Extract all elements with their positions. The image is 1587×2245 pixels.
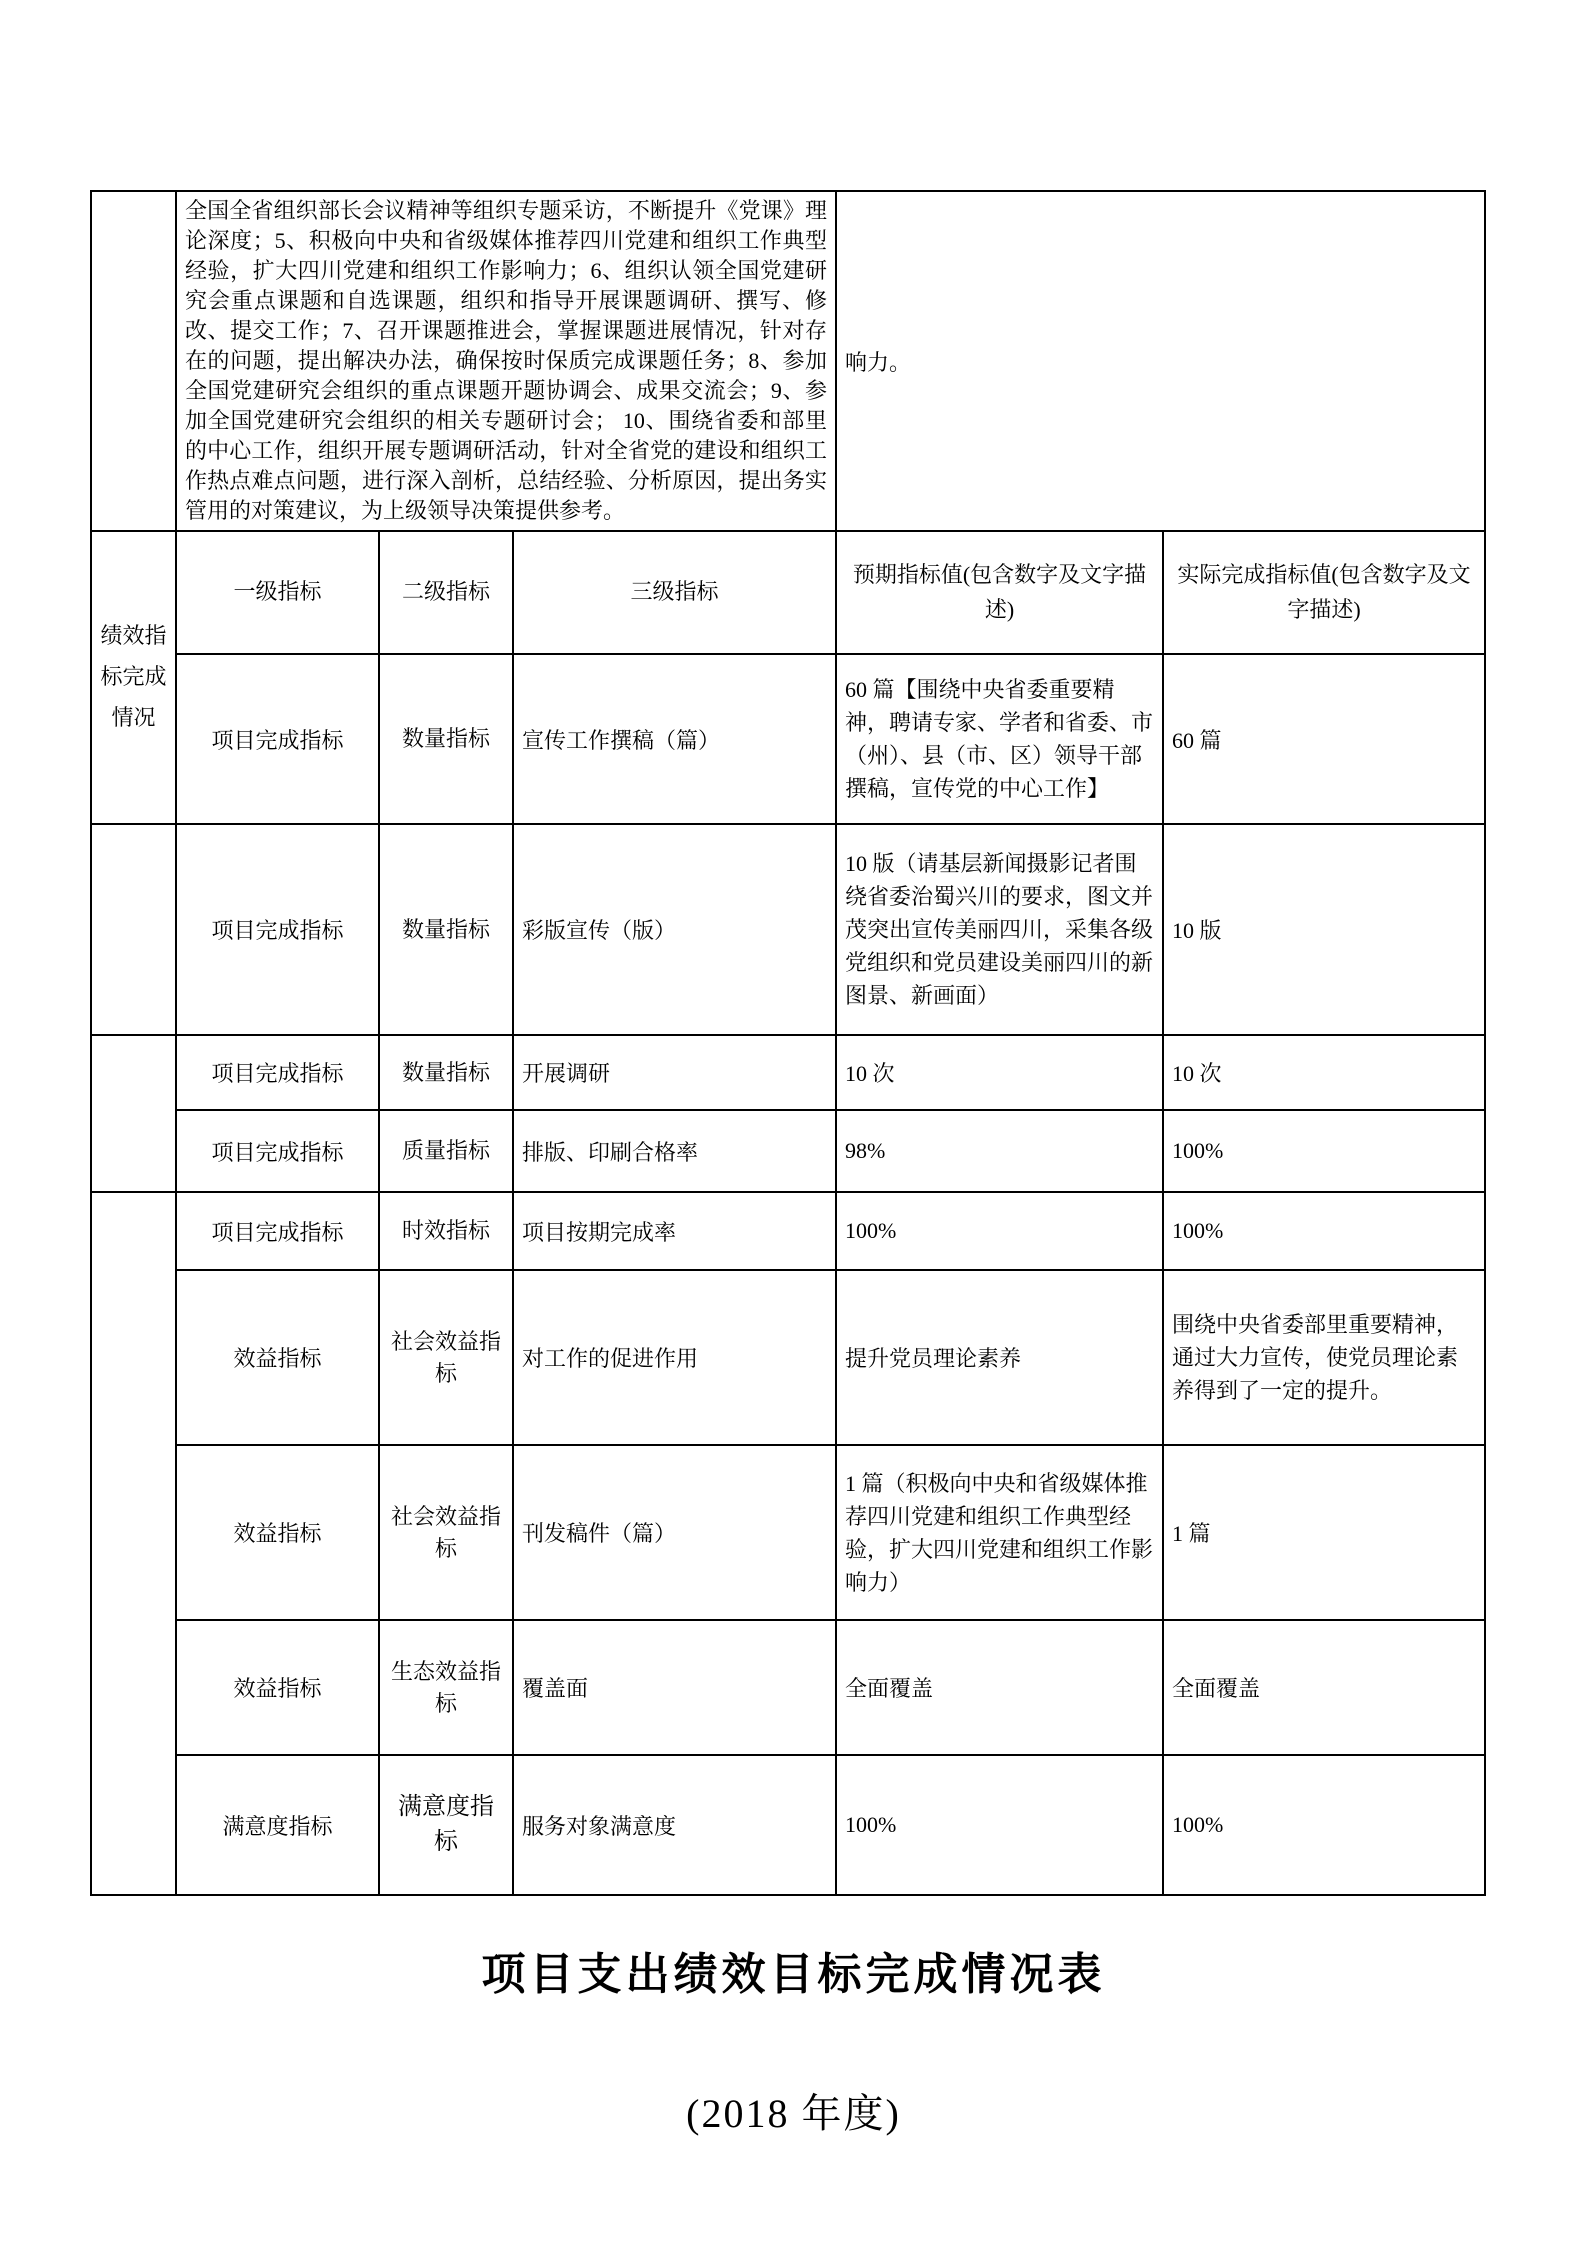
row4-level2-cell: 质量指标	[379, 1110, 513, 1192]
section-label-cell: 绩效指标完成情况	[91, 531, 176, 824]
carryover-right-cell: 响力。	[836, 191, 1485, 531]
row3-level1-cell: 项目完成指标	[176, 1035, 379, 1110]
row5-expected-cell: 100%	[836, 1192, 1163, 1270]
header-level3-cell: 三级指标	[513, 531, 836, 654]
row1-expected-cell: 60 篇【围绕中央省委重要精神，聘请专家、学者和省委、市（州）、县（市、区）领导…	[836, 654, 1163, 824]
carryover-row: 全国全省组织部长会议精神等组织专题采访，不断提升《党课》理论深度；5、积极向中央…	[91, 191, 1485, 531]
row8-level2-cell: 生态效益指标	[379, 1620, 513, 1755]
row1-level3-cell: 宣传工作撰稿（篇）	[513, 654, 836, 824]
next-table-year: (2018 年度)	[0, 2082, 1587, 2139]
row5-level1-cell: 项目完成指标	[176, 1192, 379, 1270]
table-row: 效益指标 社会效益指标 刊发稿件（篇） 1 篇（积极向中央和省级媒体推荐四川党建…	[91, 1445, 1485, 1620]
row4-level3-cell: 排版、印刷合格率	[513, 1110, 836, 1192]
carryover-stub-cell	[91, 191, 176, 531]
row1-level1-cell: 项目完成指标	[176, 654, 379, 824]
row5-actual-cell: 100%	[1163, 1192, 1485, 1270]
row6-level1-cell: 效益指标	[176, 1270, 379, 1445]
row8-expected-cell: 全面覆盖	[836, 1620, 1163, 1755]
row7-level3-cell: 刊发稿件（篇）	[513, 1445, 836, 1620]
row9-level3-cell: 服务对象满意度	[513, 1755, 836, 1895]
row7-level1-cell: 效益指标	[176, 1445, 379, 1620]
table-row: 效益指标 生态效益指标 覆盖面 全面覆盖 全面覆盖	[91, 1620, 1485, 1755]
header-expected-cell: 预期指标值(包含数字及文字描述)	[836, 531, 1163, 654]
row9-actual-cell: 100%	[1163, 1755, 1485, 1895]
row4-level1-cell: 项目完成指标	[176, 1110, 379, 1192]
header-row: 绩效指标完成情况 一级指标 二级指标 三级指标 预期指标值(包含数字及文字描述)…	[91, 531, 1485, 654]
row2-level3-cell: 彩版宣传（版）	[513, 824, 836, 1035]
carryover-text-cell: 全国全省组织部长会议精神等组织专题采访，不断提升《党课》理论深度；5、积极向中央…	[176, 191, 836, 531]
row8-level1-cell: 效益指标	[176, 1620, 379, 1755]
row2-expected-cell: 10 版（请基层新闻摄影记者围绕省委治蜀兴川的要求，图文并茂突出宣传美丽四川，采…	[836, 824, 1163, 1035]
row6-expected-cell: 提升党员理论素养	[836, 1270, 1163, 1445]
document-page: 全国全省组织部长会议精神等组织专题采访，不断提升《党课》理论深度；5、积极向中央…	[0, 0, 1587, 2245]
row9-expected-cell: 100%	[836, 1755, 1163, 1895]
row2-stub-cell	[91, 824, 176, 1035]
next-table-title: 项目支出绩效目标完成情况表	[0, 1938, 1587, 2002]
table-row: 效益指标 社会效益指标 对工作的促进作用 提升党员理论素养 围绕中央省委部里重要…	[91, 1270, 1485, 1445]
header-level2-cell: 二级指标	[379, 531, 513, 654]
row9-level2-cell: 满意度指标	[379, 1755, 513, 1895]
row2-level2-cell: 数量指标	[379, 824, 513, 1035]
row7-level2-cell: 社会效益指标	[379, 1445, 513, 1620]
row8-level3-cell: 覆盖面	[513, 1620, 836, 1755]
table-row: 满意度指标 满意度指标 服务对象满意度 100% 100%	[91, 1755, 1485, 1895]
row5-level2-cell: 时效指标	[379, 1192, 513, 1270]
row5-level3-cell: 项目按期完成率	[513, 1192, 836, 1270]
header-actual-cell: 实际完成指标值(包含数字及文字描述)	[1163, 531, 1485, 654]
row1-actual-cell: 60 篇	[1163, 654, 1485, 824]
performance-table: 全国全省组织部长会议精神等组织专题采访，不断提升《党课》理论深度；5、积极向中央…	[90, 190, 1486, 1896]
row1-level2-cell: 数量指标	[379, 654, 513, 824]
row2-level1-cell: 项目完成指标	[176, 824, 379, 1035]
row4-actual-cell: 100%	[1163, 1110, 1485, 1192]
header-level1-cell: 一级指标	[176, 531, 379, 654]
table-row: 项目完成指标 质量指标 排版、印刷合格率 98% 100%	[91, 1110, 1485, 1192]
row6-level3-cell: 对工作的促进作用	[513, 1270, 836, 1445]
row6-level2-cell: 社会效益指标	[379, 1270, 513, 1445]
row7-expected-cell: 1 篇（积极向中央和省级媒体推荐四川党建和组织工作典型经验，扩大四川党建和组织工…	[836, 1445, 1163, 1620]
row6-actual-cell: 围绕中央省委部里重要精神，通过大力宣传，使党员理论素养得到了一定的提升。	[1163, 1270, 1485, 1445]
row3-actual-cell: 10 次	[1163, 1035, 1485, 1110]
table-row: 项目完成指标 数量指标 宣传工作撰稿（篇） 60 篇【围绕中央省委重要精神，聘请…	[91, 654, 1485, 824]
row2-actual-cell: 10 版	[1163, 824, 1485, 1035]
row8-actual-cell: 全面覆盖	[1163, 1620, 1485, 1755]
row3-expected-cell: 10 次	[836, 1035, 1163, 1110]
table-row: 项目完成指标 时效指标 项目按期完成率 100% 100%	[91, 1192, 1485, 1270]
row7-actual-cell: 1 篇	[1163, 1445, 1485, 1620]
row3-level3-cell: 开展调研	[513, 1035, 836, 1110]
row5-stub-cell	[91, 1192, 176, 1895]
table-row: 项目完成指标 数量指标 彩版宣传（版） 10 版（请基层新闻摄影记者围绕省委治蜀…	[91, 824, 1485, 1035]
row4-expected-cell: 98%	[836, 1110, 1163, 1192]
row3-level2-cell: 数量指标	[379, 1035, 513, 1110]
row9-level1-cell: 满意度指标	[176, 1755, 379, 1895]
table-row: 项目完成指标 数量指标 开展调研 10 次 10 次	[91, 1035, 1485, 1110]
row3-stub-cell	[91, 1035, 176, 1192]
